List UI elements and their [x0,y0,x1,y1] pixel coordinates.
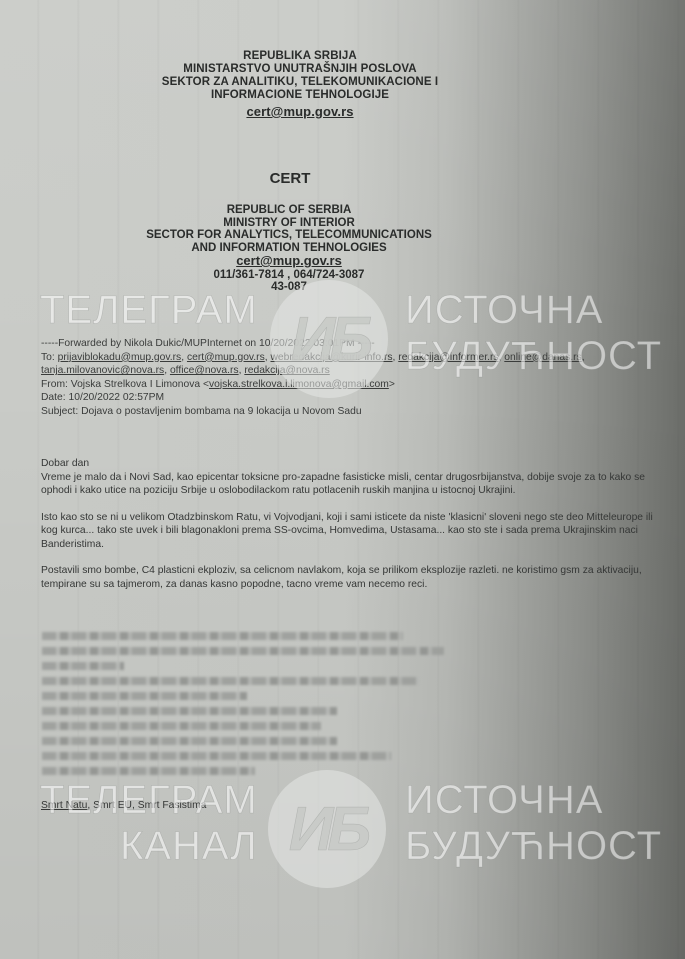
redacted-line [42,722,321,730]
letterhead-phone: 011/361-7814 , 064/724-3087 [0,269,578,282]
letterhead-line: SEKTOR ZA ANALITIKU, TELEKOMUNIKACIONE I [0,76,600,89]
from-line: From: Vojska Strelkova I Limonova <vojsk… [41,378,661,392]
recipient-link[interactable]: redakcija@nova.rs [244,365,329,376]
to-label: To: [41,352,55,363]
letterhead-line: REPUBLIKA SRBIJA [0,50,600,63]
to-line: To: prijaviblokadu@mup.gov.rs, cert@mup.… [41,351,661,378]
redacted-line [42,767,255,775]
watermark-text: ИСТОЧНА [405,778,603,823]
recipient-link[interactable]: redakcija@informer.rs [398,352,498,363]
redacted-line [42,647,444,655]
from-label: From: [41,379,68,390]
date-line: Date: 10/20/2022 02:57PM [41,391,661,405]
body-paragraph: Isto kao sto se ni u velikom Otadzbinsko… [41,511,661,552]
redacted-line [42,692,247,700]
recipient-link[interactable]: prijaviblokadu@mup.gov.rs [58,352,182,363]
letterhead-line: INFORMACIONE TEHNOLOGIJE [0,89,600,102]
redacted-line [42,632,403,640]
letterhead-extension: 43-087 [0,281,578,294]
subject-line: Subject: Dojava o postavljenim bombama n… [41,405,661,419]
subject-value: Dojava o postavljenim bombama na 9 lokac… [81,406,361,417]
recipient-link[interactable]: tanja.milovanovic@nova.rs [41,365,164,376]
signoff-item: Smrt EU [93,800,132,811]
watermark-text: КАНАЛ [120,824,258,869]
watermark-text: ТЕЛЕГРАМ [40,288,258,333]
letterhead-serbian: REPUBLIKA SRBIJA MINISTARSTVO UNUTRAŠNJI… [0,50,600,120]
redacted-line [42,707,337,715]
watermark-text: ИСТОЧНА [405,288,603,333]
signoff-item: Smrt Fasistima [138,800,207,811]
cert-title: CERT [0,170,580,187]
letterhead-email-link[interactable]: cert@mup.gov.rs [246,105,353,118]
letterhead-line: SECTOR FOR ANALYTICS, TELECOMMUNICATIONS [0,229,578,242]
email-body: Dobar dan Vreme je malo da i Novi Sad, k… [41,457,661,604]
redacted-line [42,737,337,745]
signoff: Smrt Natu, Smrt EU, Smrt Fasistima [41,800,206,811]
watermark-logo-icon: ИБ [268,770,386,888]
date-value: 10/20/2022 02:57PM [69,392,165,403]
watermark-logo-text: ИБ [289,794,366,865]
letterhead-line: MINISTARSTVO UNUTRAŠNJIH POSLOVA [0,63,600,76]
recipient-link[interactable]: office@nova.rs [170,365,239,376]
signoff-item: Smrt Natu [41,800,87,811]
letterhead-english: REPUBLIC OF SERBIA MINISTRY OF INTERIOR … [0,204,578,294]
letterhead-email-link[interactable]: cert@mup.gov.rs [236,255,342,268]
redacted-line [42,752,391,760]
watermark-text: БУДУЋНОСТ [405,824,662,869]
letterhead-line: MINISTRY OF INTERIOR [0,217,578,230]
redacted-block [42,632,452,782]
email-metadata: -----Forwarded by Nikola Dukic/MUPIntern… [41,337,661,419]
recipient-link[interactable]: cert@mup.gov.rs [187,352,265,363]
body-paragraph: Vreme je malo da i Novi Sad, kao epicent… [41,471,661,498]
from-name: Vojska Strelkova I Limonova [71,379,200,390]
from-email-link[interactable]: vojska.strelkova.i.limonova@gmail.com [209,379,389,390]
letterhead-line: REPUBLIC OF SERBIA [0,204,578,217]
subject-label: Subject: [41,406,78,417]
redacted-line [42,662,124,670]
forwarded-line: -----Forwarded by Nikola Dukic/MUPIntern… [41,337,661,351]
redacted-line [42,677,419,685]
date-label: Date: [41,392,66,403]
recipient-link[interactable]: webredakcija@kurir-info.rs [270,352,392,363]
greeting: Dobar dan [41,457,661,471]
recipient-link[interactable]: online@danas.rs [504,352,581,363]
body-paragraph: Postavili smo bombe, C4 plasticni ekploz… [41,564,661,591]
